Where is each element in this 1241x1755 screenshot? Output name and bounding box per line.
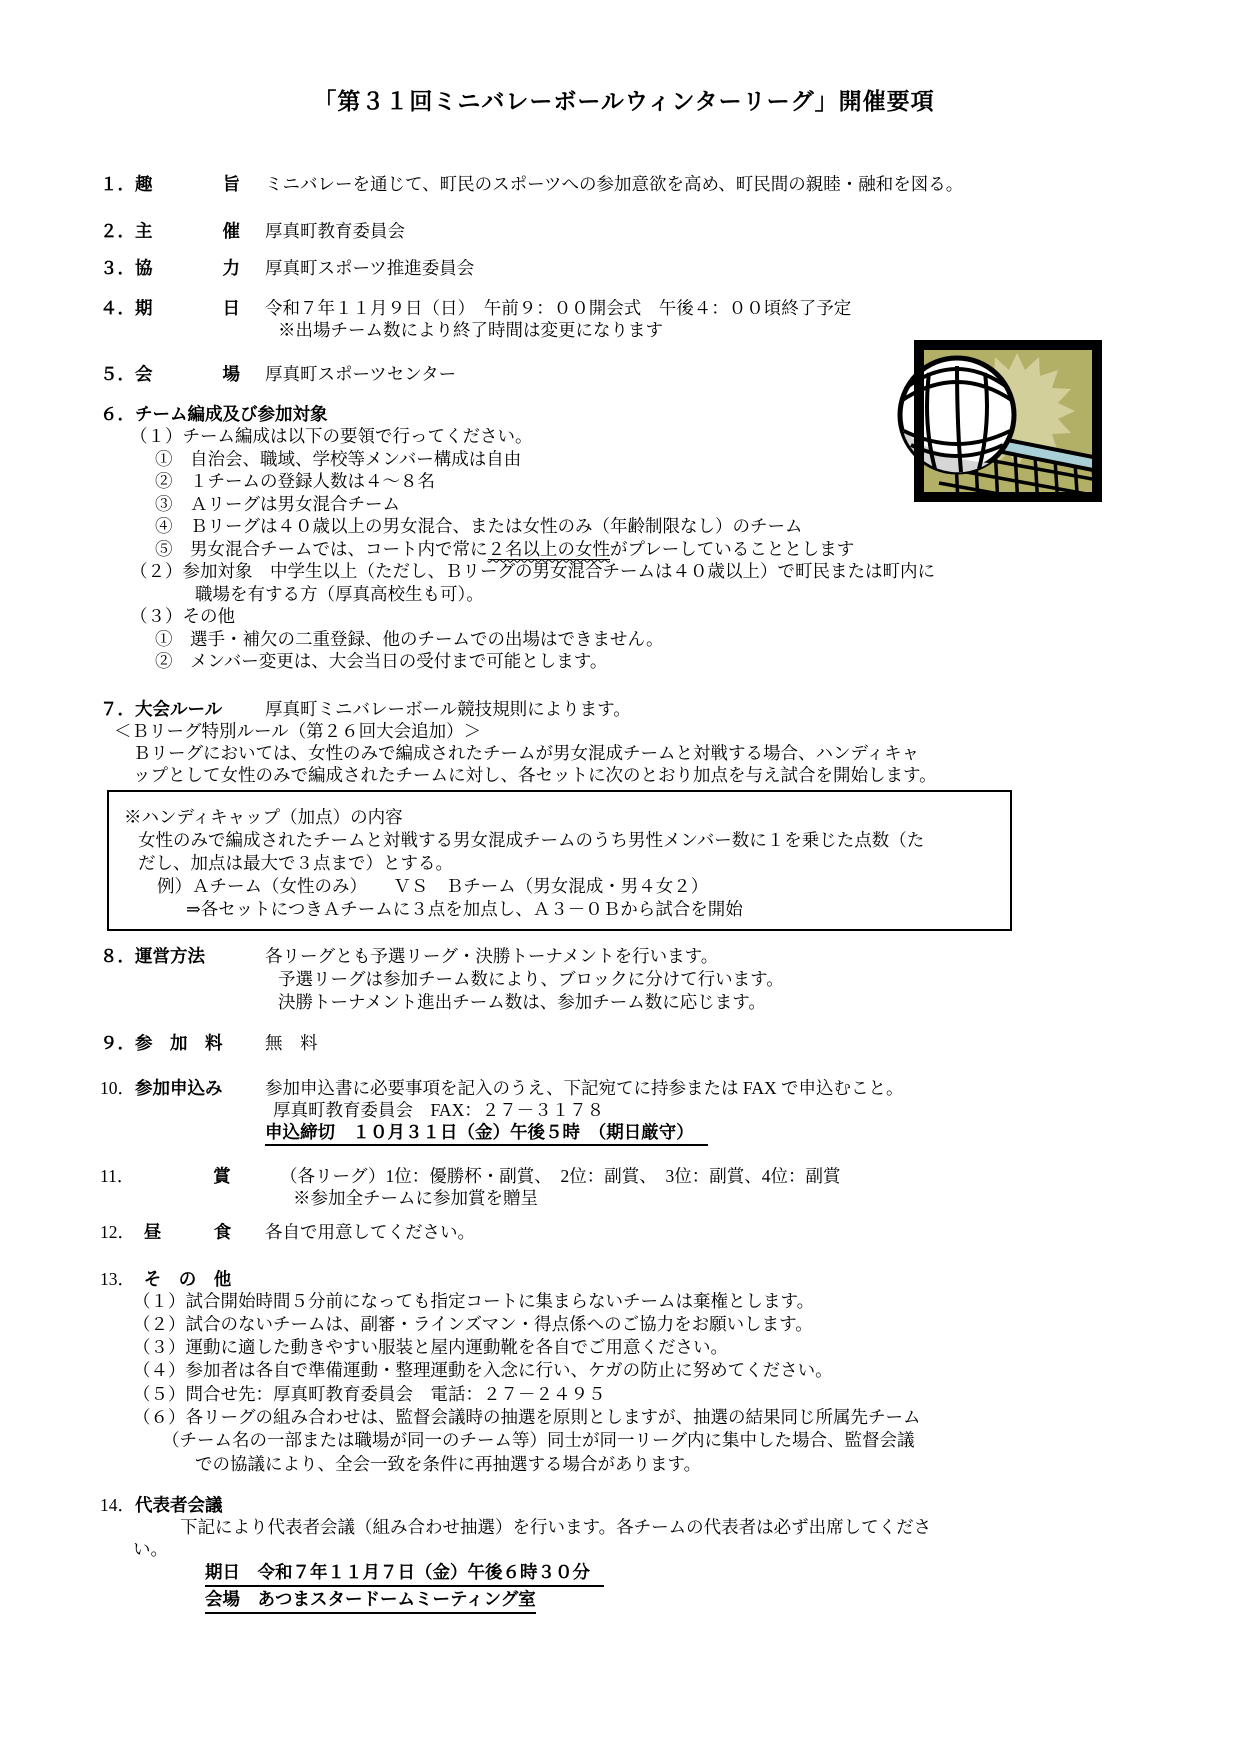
prize-line1: （各リーグ）1位：優勝杯・副賞、 2位：副賞、 3位：副賞、4位：副賞 <box>280 1165 1148 1187</box>
section-fee: ９．参 加 料 無 料 <box>100 1032 1148 1054</box>
others-item-6-line3: での協議により、全会一致を条件に再抽選する場合があります。 <box>100 1453 1148 1476</box>
application-fax-line: 厚真町教育委員会 FAX：２７－３１７８ <box>273 1099 1148 1121</box>
section-application-label: 10．参加申込み <box>100 1077 265 1099</box>
section-prize-number: 11． <box>100 1166 126 1186</box>
others-item-1: （１）試合開始時間５分前になっても指定コートに集まらないチームは棄権とします。 <box>100 1290 1148 1313</box>
b-league-rule-body-line2: ップとして女性のみで編成されたチームに対し、各セットに次のとおり加点を与え試合を… <box>100 764 1148 786</box>
others-item-6-line1: （６）各リーグの組み合わせは、監督会議時の抽選を原則としますが、抽選の結果同じ所… <box>100 1406 1148 1429</box>
section-date: ４．期 日 令和７年１１月９日（日） 午前９：００開会式 午後４：００頃終了予定… <box>100 297 1148 341</box>
section-fee-label: ９．参 加 料 <box>100 1032 265 1054</box>
section-host: ２．主 催 厚真町教育委員会 <box>100 220 1148 242</box>
section-host-text: 厚真町教育委員会 <box>265 220 1148 242</box>
section-rules-label: ７．大会ルール <box>100 698 265 720</box>
section-rules-text: 厚真町ミニバレーボール競技規則によります。 <box>265 698 1148 720</box>
section-fee-text: 無 料 <box>265 1032 1148 1054</box>
handicap-example: 例）Ａチーム（女性のみ） ＶＳ Ｂチーム（男女混成・男４女２） <box>124 875 996 898</box>
handicap-title: ※ハンディキャップ（加点）の内容 <box>124 806 996 829</box>
section-prize: 11． 賞 （各リーグ）1位：優勝杯・副賞、 2位：副賞、 3位：副賞、4位：副… <box>100 1165 1148 1209</box>
section-management-label: ８．運営方法 <box>100 945 265 967</box>
section-representative-meeting-name: 代表者会議 <box>135 1495 223 1515</box>
section-date-text: 令和７年１１月９日（日） 午前９：００開会式 午後４：００頃終了予定 ※出場チー… <box>265 297 1148 341</box>
document-page: 「第３１回ミニバレーボールウィンターリーグ」開催要項 １．趣 旨 ミニバレーを通… <box>0 0 1241 1755</box>
section-purpose-label: １．趣 旨 <box>100 173 265 195</box>
team-item-3: （３）その他 <box>100 605 1148 628</box>
team-item-3-2: ② メンバー変更は、大会当日の受付まで可能とします。 <box>100 650 1148 673</box>
team-item-1-4: ④ Ｂリーグは４０歳以上の男女混合、または女性のみ（年齢制限なし）のチーム <box>100 515 1148 538</box>
handicap-body-line2: だし、加点は最大で３点まで）とする。 <box>124 852 996 875</box>
prize-line2: ※参加全チームに参加賞を贈呈 <box>293 1187 1148 1209</box>
meeting-place-wrap: 会場 あつまスタードームミーティング室 <box>100 1587 1148 1614</box>
team-item-1-2: ② １チームの登録人数は４～８名 <box>100 470 1148 493</box>
section-support: ３．協 力 厚真町スポーツ推進委員会 <box>100 257 1148 279</box>
team-composition-list: （１）チーム編成は以下の要領で行ってください。 ① 自治会、職域、学校等メンバー… <box>100 425 1148 673</box>
others-item-2: （２）試合のないチームは、副審・ラインズマン・得点係へのご協力をお願いします。 <box>100 1313 1148 1336</box>
management-line1: 各リーグとも予選リーグ・決勝トーナメントを行います。 <box>265 945 1148 968</box>
section-lunch-text: 各自で用意してください。 <box>265 1221 1148 1243</box>
others-item-6-line2: （チーム名の一部または職場が同一のチーム等）同士が同一リーグ内に集中した場合、監… <box>100 1429 1148 1452</box>
section-date-label: ４．期 日 <box>100 297 265 319</box>
section-representative-meeting-heading: 14．代表者会議 <box>100 1494 1148 1516</box>
section-representative-meeting-number: 14． <box>100 1495 135 1515</box>
section-application-name: 参加申込み <box>135 1078 223 1098</box>
team-item-2-line2: 職場を有する方（厚真高校生も可）。 <box>100 583 1148 606</box>
section-representative-meeting: 14．代表者会議 下記により代表者会議（組み合わせ抽選）を行います。各チームの代… <box>100 1494 1148 1614</box>
section-prize-label: 11． 賞 <box>100 1165 265 1187</box>
section-management-text: 各リーグとも予選リーグ・決勝トーナメントを行います。 予選リーグは参加チーム数に… <box>265 945 1148 1014</box>
section-others-number: 13． <box>100 1269 126 1289</box>
team-item-1: （１）チーム編成は以下の要領で行ってください。 <box>100 425 1148 448</box>
b-league-rule-body-line1: Ｂリーグにおいては、女性のみで編成されたチームが男女混成チームと対戦する場合、ハ… <box>100 742 1148 764</box>
team-item-1-5-emphasis: ２名以上の女性 <box>488 539 611 560</box>
section-venue-text: 厚真町スポーツセンター <box>265 363 1148 385</box>
section-support-label: ３．協 力 <box>100 257 265 279</box>
handicap-body-line1: 女性のみで編成されたチームと対戦する男女混成チームのうち男性メンバー数に１を乗じ… <box>124 829 996 852</box>
section-lunch-number: 12． <box>100 1222 126 1242</box>
others-item-4: （４）参加者は各自で準備運動・整理運動を入念に行い、ケガの防止に努めてください。 <box>100 1359 1148 1382</box>
section-prize-text: （各リーグ）1位：優勝杯・副賞、 2位：副賞、 3位：副賞、4位：副賞 ※参加全… <box>265 1165 1148 1209</box>
section-venue: ５．会 場 厚真町スポーツセンター <box>100 363 1148 385</box>
others-list: （１）試合開始時間５分前になっても指定コートに集まらないチームは棄権とします。 … <box>100 1290 1148 1476</box>
others-item-3: （３）運動に適した動きやすい服装と屋内運動靴を各自でご用意ください。 <box>100 1336 1148 1359</box>
application-line1: 参加申込書に必要事項を記入のうえ、下記宛てに持参または FAX で申込むこと。 <box>265 1077 1148 1099</box>
team-item-1-3: ③ Ａリーグは男女混合チーム <box>100 493 1148 516</box>
handicap-example-result: ⇒各セットにつきＡチームに３点を加点し、Ａ３－０Ｂから試合を開始 <box>124 898 996 921</box>
section-prize-name: 賞 <box>126 1166 231 1186</box>
section-host-label: ２．主 催 <box>100 220 265 242</box>
handicap-box: ※ハンディキャップ（加点）の内容 女性のみで編成されたチームと対戦する男女混成チ… <box>107 790 1012 931</box>
meeting-date: 期日 令和７年１１月７日（金）午後６時３０分 <box>205 1560 604 1587</box>
page-title: 「第３１回ミニバレーボールウィンターリーグ」開催要項 <box>100 88 1148 116</box>
team-item-2-line1: （２）参加対象 中学生以上（ただし、Ｂリーグの男女混合チームは４０歳以上）で町民… <box>100 560 1148 583</box>
event-date-note: ※出場チーム数により終了時間は変更になります <box>278 319 1148 341</box>
b-league-special-rule-heading: ＜Ｂリーグ特別ルール（第２６回大会追加）＞ <box>100 720 1148 742</box>
event-date-line: 令和７年１１月９日（日） 午前９：００開会式 午後４：００頃終了予定 <box>265 297 1148 319</box>
section-others-heading: 13． そ の 他 <box>100 1268 1148 1290</box>
team-item-1-5: ⑤ 男女混合チームでは、コート内で常に２名以上の女性がプレーしていることとします <box>100 538 1148 561</box>
section-team-composition-heading: ６．チーム編成及び参加対象 <box>100 403 1148 425</box>
section-application-text: 参加申込書に必要事項を記入のうえ、下記宛てに持参または FAX で申込むこと。 … <box>265 1077 1148 1146</box>
application-deadline-wrap: 申込締切 １０月３１日（金）午後５時 （期日厳守） <box>265 1121 1148 1146</box>
section-others: 13． そ の 他 （１）試合開始時間５分前になっても指定コートに集まらないチー… <box>100 1268 1148 1476</box>
others-item-5: （５）問合せ先：厚真町教育委員会 電話：２７－２４９５ <box>100 1383 1148 1406</box>
section-lunch: 12． 昼 食 各自で用意してください。 <box>100 1221 1148 1243</box>
application-deadline: 申込締切 １０月３１日（金）午後５時 （期日厳守） <box>265 1121 708 1146</box>
section-application-number: 10． <box>100 1078 135 1098</box>
section-rules-row: ７．大会ルール 厚真町ミニバレーボール競技規則によります。 <box>100 698 1148 720</box>
section-purpose-text: ミニバレーを通じて、町民のスポーツへの参加意欲を高め、町民間の親睦・融和を図る。 <box>265 173 1148 195</box>
document-content: 「第３１回ミニバレーボールウィンターリーグ」開催要項 １．趣 旨 ミニバレーを通… <box>100 88 1148 1614</box>
team-item-1-1: ① 自治会、職域、学校等メンバー構成は自由 <box>100 448 1148 471</box>
section-lunch-label: 12． 昼 食 <box>100 1221 265 1243</box>
section-rules: ７．大会ルール 厚真町ミニバレーボール競技規則によります。 ＜Ｂリーグ特別ルール… <box>100 698 1148 786</box>
meeting-paragraph-line1: 下記により代表者会議（組み合わせ抽選）を行います。各チームの代表者は必ず出席して… <box>100 1516 1148 1538</box>
meeting-date-wrap: 期日 令和７年１１月７日（金）午後６時３０分 <box>100 1560 1148 1587</box>
meeting-place: 会場 あつまスタードームミーティング室 <box>205 1587 536 1614</box>
section-team-composition: ６．チーム編成及び参加対象 （１）チーム編成は以下の要領で行ってください。 ① … <box>100 403 1148 673</box>
team-item-1-5-pre: ⑤ 男女混合チームでは、コート内で常に <box>155 539 488 559</box>
section-venue-label: ５．会 場 <box>100 363 265 385</box>
section-lunch-name: 昼 食 <box>126 1222 231 1242</box>
team-item-3-1: ① 選手・補欠の二重登録、他のチームでの出場はできません。 <box>100 628 1148 651</box>
management-line2: 予選リーグは参加チーム数により、ブロックに分けて行います。 <box>278 968 1148 991</box>
meeting-paragraph-line2: い。 <box>100 1538 1148 1560</box>
management-line3: 決勝トーナメント進出チーム数は、参加チーム数に応じます。 <box>278 991 1148 1014</box>
team-item-1-5-post: がプレーしていることとします <box>610 539 854 559</box>
section-support-text: 厚真町スポーツ推進委員会 <box>265 257 1148 279</box>
section-purpose: １．趣 旨 ミニバレーを通じて、町民のスポーツへの参加意欲を高め、町民間の親睦・… <box>100 173 1148 195</box>
section-others-name: そ の 他 <box>126 1269 231 1289</box>
section-management: ８．運営方法 各リーグとも予選リーグ・決勝トーナメントを行います。 予選リーグは… <box>100 945 1148 1014</box>
section-application: 10．参加申込み 参加申込書に必要事項を記入のうえ、下記宛てに持参または FAX… <box>100 1077 1148 1146</box>
